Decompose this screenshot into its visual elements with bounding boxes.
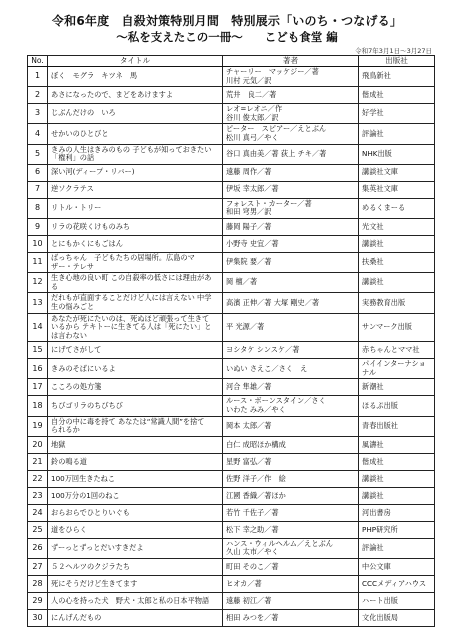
book-author-line: 若竹 千佐子／著 bbox=[226, 509, 355, 518]
book-author: 相田 みつを／著 bbox=[223, 610, 359, 627]
row-number: 13 bbox=[28, 293, 48, 313]
book-title: とにもかくにもごはん bbox=[48, 235, 223, 252]
book-author-line: 町田 そのこ／著 bbox=[226, 563, 355, 572]
table-row: 28死にそうだけど生きてますヒオカ／著CCCメディアハウス bbox=[28, 576, 435, 593]
table-row: 19自分の中に毒を持て あなたは“常識人間”を捨てられるか岡本 太郎／著青春出版… bbox=[28, 416, 435, 436]
book-title-line: 深い河(ディープ・リバー) bbox=[51, 168, 219, 177]
book-title: じぶんだけの いろ bbox=[48, 104, 223, 124]
book-title-line: こころの処方箋 bbox=[51, 383, 219, 392]
book-publisher: ほるぷ出版 bbox=[359, 396, 435, 416]
book-publisher: 赤ちゃんとママ社 bbox=[359, 342, 435, 359]
book-publisher: 飛鳥新社 bbox=[359, 67, 435, 87]
book-title-line: 100万分の1回のねこ bbox=[51, 492, 219, 501]
row-number: 2 bbox=[28, 87, 48, 104]
book-author-line: 川村 元気／訳 bbox=[226, 77, 355, 86]
book-title: にんげんだもの bbox=[48, 610, 223, 627]
row-number: 21 bbox=[28, 453, 48, 470]
row-number: 16 bbox=[28, 359, 48, 379]
book-title-line: にんげんだもの bbox=[51, 614, 219, 623]
row-number: 15 bbox=[28, 342, 48, 359]
book-author: ヨシタケ シンスケ／著 bbox=[223, 342, 359, 359]
row-number: 10 bbox=[28, 235, 48, 252]
book-title: にげてさがして bbox=[48, 342, 223, 359]
book-publisher: CCCメディアハウス bbox=[359, 576, 435, 593]
book-author-line: 小野寺 史宜／著 bbox=[226, 240, 355, 249]
book-author: 佐野 洋子／作 絵 bbox=[223, 470, 359, 487]
row-number: 28 bbox=[28, 576, 48, 593]
row-number: 6 bbox=[28, 164, 48, 181]
book-author-line: 谷川 俊太郎／訳 bbox=[226, 114, 355, 123]
book-author: チャーリー マッケジー／著川村 元気／訳 bbox=[223, 67, 359, 87]
book-title-line: ５２ヘルツのクジラたち bbox=[51, 563, 219, 572]
book-author-line: 伊集院 要／著 bbox=[226, 258, 355, 267]
subtitle-text: ～私を支えたこの一冊～ bbox=[116, 30, 243, 44]
book-title-line: ずーっとずっとだいすきだよ bbox=[51, 544, 219, 553]
table-row: 2あさになったので、まどをあけますよ荒井 良二／著偕成社 bbox=[28, 87, 435, 104]
book-title: あさになったので、まどをあけますよ bbox=[48, 87, 223, 104]
table-row: 24おらおらでひとりいぐも若竹 千佐子／著河出書房 bbox=[28, 504, 435, 521]
table-row: 4せかいのひとびとピーター スピアー／えとぶん松川 真弓／やく評論社 bbox=[28, 124, 435, 144]
table-body: 1ぼく モグラ キツネ 馬チャーリー マッケジー／著川村 元気／訳飛鳥新社2あさ… bbox=[28, 67, 435, 627]
table-row: 7逆ソクラテス伊坂 幸太郎／著集英社文庫 bbox=[28, 181, 435, 198]
column-header-publisher: 出版社 bbox=[359, 56, 435, 67]
book-publisher: 講談社 bbox=[359, 273, 435, 293]
book-author-line: 遠藤 周作／著 bbox=[226, 168, 355, 177]
book-author: 藤岡 陽子／著 bbox=[223, 218, 359, 235]
editor-text: こども食堂 編 bbox=[265, 30, 338, 44]
book-author: 星野 富弘／著 bbox=[223, 453, 359, 470]
book-title-line: じぶんだけの いろ bbox=[51, 109, 219, 118]
table-row: 5きみの人生はきみのもの 子どもが知っておきたい「権利」の話谷口 真由美／著 荻… bbox=[28, 144, 435, 164]
book-publisher: 文化出版局 bbox=[359, 610, 435, 627]
row-number: 1 bbox=[28, 67, 48, 87]
row-number: 20 bbox=[28, 436, 48, 453]
book-title-line: きみのそばにいるよ bbox=[51, 365, 219, 374]
row-number: 27 bbox=[28, 559, 48, 576]
book-title-line: 人の心を持った犬 野犬・太郎と私の日本平物語 bbox=[51, 597, 219, 606]
book-title-line: 地獄 bbox=[51, 441, 219, 450]
table-row: 14あなたが死にたいのは、死ぬほど頑張って生きているから テキトーに生きてる人は… bbox=[28, 313, 435, 342]
book-title: 生き心地の良い町 この自殺率の低さには理由がある bbox=[48, 273, 223, 293]
book-author: 松下 幸之助／著 bbox=[223, 521, 359, 538]
table-row: 22100万回生きたねこ佐野 洋子／作 絵講談社 bbox=[28, 470, 435, 487]
book-title-line: 鈴の鳴る道 bbox=[51, 458, 219, 467]
book-author-line: ヨシタケ シンスケ／著 bbox=[226, 346, 355, 355]
book-publisher: 講談社 bbox=[359, 487, 435, 504]
book-author-line: 谷口 真由美／著 荻上 チキ／著 bbox=[226, 150, 355, 159]
book-publisher: 中公文庫 bbox=[359, 559, 435, 576]
table-row: 23100万分の1回のねこ江國 香織／著ほか講談社 bbox=[28, 487, 435, 504]
book-author: ルース・ボーンスタイン／さくいわた みみ／やく bbox=[223, 396, 359, 416]
book-title-line: リラの花咲くけものみち bbox=[51, 223, 219, 232]
book-author: 遠藤 初江／著 bbox=[223, 593, 359, 610]
row-number: 12 bbox=[28, 273, 48, 293]
book-author: 白仁 成昭ほか構成 bbox=[223, 436, 359, 453]
book-author: 岡本 太郎／著 bbox=[223, 416, 359, 436]
table-row: 20地獄白仁 成昭ほか構成風濤社 bbox=[28, 436, 435, 453]
book-title: 人の心を持った犬 野犬・太郎と私の日本平物語 bbox=[48, 593, 223, 610]
book-title: 100万回生きたねこ bbox=[48, 470, 223, 487]
book-title: 自分の中に毒を持て あなたは“常識人間”を捨てられるか bbox=[48, 416, 223, 436]
book-title: 鈴の鳴る道 bbox=[48, 453, 223, 470]
page-subtitle: ～私を支えたこの一冊～こども食堂 編 bbox=[0, 29, 454, 45]
book-title-line: せかいのひとびと bbox=[51, 130, 219, 139]
book-title: おらおらでひとりいぐも bbox=[48, 504, 223, 521]
book-author-line: 江國 香織／著ほか bbox=[226, 492, 355, 501]
table-row: 6深い河(ディープ・リバー)遠藤 周作／著講談社文庫 bbox=[28, 164, 435, 181]
date-range: 令和7年3月1日～3月27日 bbox=[355, 46, 432, 55]
book-author-line: 岡 檀／著 bbox=[226, 278, 355, 287]
book-title-line: 「権利」の話 bbox=[51, 154, 219, 163]
row-number: 3 bbox=[28, 104, 48, 124]
table-row: 11ばっちゃん 子どもたちの居場所。広島のマザー・テレサ伊集院 要／著扶桑社 bbox=[28, 252, 435, 272]
table-row: 18ちびゴリラのちびちびルース・ボーンスタイン／さくいわた みみ／やくほるぷ出版 bbox=[28, 396, 435, 416]
book-author-line: 松下 幸之助／著 bbox=[226, 526, 355, 535]
row-number: 7 bbox=[28, 181, 48, 198]
book-title-line: 生の悩みごと bbox=[51, 303, 219, 312]
book-publisher: 好学社 bbox=[359, 104, 435, 124]
book-author: 町田 そのこ／著 bbox=[223, 559, 359, 576]
book-publisher: 評論社 bbox=[359, 538, 435, 558]
book-title-line: ちびゴリラのちびちび bbox=[51, 402, 219, 411]
book-author: 谷口 真由美／著 荻上 チキ／著 bbox=[223, 144, 359, 164]
row-number: 23 bbox=[28, 487, 48, 504]
row-number: 22 bbox=[28, 470, 48, 487]
row-number: 18 bbox=[28, 396, 48, 416]
book-publisher: 河出書房 bbox=[359, 504, 435, 521]
book-title: 深い河(ディープ・リバー) bbox=[48, 164, 223, 181]
table-row: 15にげてさがしてヨシタケ シンスケ／著赤ちゃんとママ社 bbox=[28, 342, 435, 359]
table-row: 8リトル・トリーフォレスト・カーター／著和田 穹男／訳めるくまーる bbox=[28, 198, 435, 218]
book-title-line: にげてさがして bbox=[51, 346, 219, 355]
book-author: 岡 檀／著 bbox=[223, 273, 359, 293]
book-author: 伊坂 幸太郎／著 bbox=[223, 181, 359, 198]
book-author-line: 平 光源／著 bbox=[226, 323, 355, 332]
book-publisher: NHK出版 bbox=[359, 144, 435, 164]
book-publisher: 講談社 bbox=[359, 235, 435, 252]
book-author-line: 久山 太市／やく bbox=[226, 548, 355, 557]
book-title: せかいのひとびと bbox=[48, 124, 223, 144]
book-title: 100万分の1回のねこ bbox=[48, 487, 223, 504]
book-title: 逆ソクラテス bbox=[48, 181, 223, 198]
book-publisher: 集英社文庫 bbox=[359, 181, 435, 198]
book-publisher: 新潮社 bbox=[359, 379, 435, 396]
book-title-line: リトル・トリー bbox=[51, 204, 219, 213]
book-title-line: あさになったので、まどをあけますよ bbox=[51, 91, 219, 100]
book-author: 荒井 良二／著 bbox=[223, 87, 359, 104]
book-author-line: 高濱 正伸／著 大塚 剛史／著 bbox=[226, 299, 355, 308]
row-number: 9 bbox=[28, 218, 48, 235]
book-title-line: ぼく モグラ キツネ 馬 bbox=[51, 72, 219, 81]
book-author: レオ=レオニ／作谷川 俊太郎／訳 bbox=[223, 104, 359, 124]
table-row: 29人の心を持った犬 野犬・太郎と私の日本平物語遠藤 初江／著ハート出版 bbox=[28, 593, 435, 610]
book-publisher: 偕成社 bbox=[359, 453, 435, 470]
book-title-line: る bbox=[51, 283, 219, 292]
book-author: 若竹 千佐子／著 bbox=[223, 504, 359, 521]
row-number: 30 bbox=[28, 610, 48, 627]
book-publisher: ハート出版 bbox=[359, 593, 435, 610]
book-title: ちびゴリラのちびちび bbox=[48, 396, 223, 416]
row-number: 14 bbox=[28, 313, 48, 342]
book-author-line: 松川 真弓／やく bbox=[226, 134, 355, 143]
row-number: 8 bbox=[28, 198, 48, 218]
row-number: 17 bbox=[28, 379, 48, 396]
book-list-table: No. タイトル 著者 出版社 1ぼく モグラ キツネ 馬チャーリー マッケジー… bbox=[27, 55, 435, 627]
book-author-line: 藤岡 陽子／著 bbox=[226, 223, 355, 232]
book-title: リトル・トリー bbox=[48, 198, 223, 218]
book-title-line: ザー・テレサ bbox=[51, 263, 219, 272]
book-author-line: いぬい さえこ／さく え bbox=[226, 365, 355, 374]
table-row: 21鈴の鳴る道星野 富弘／著偕成社 bbox=[28, 453, 435, 470]
table-header-row: No. タイトル 著者 出版社 bbox=[28, 56, 435, 67]
book-author: フォレスト・カーター／著和田 穹男／訳 bbox=[223, 198, 359, 218]
book-author-line: 伊坂 幸太郎／著 bbox=[226, 185, 355, 194]
book-author: 平 光源／著 bbox=[223, 313, 359, 342]
book-title: ５２ヘルツのクジラたち bbox=[48, 559, 223, 576]
book-title: ずーっとずっとだいすきだよ bbox=[48, 538, 223, 558]
book-title: こころの処方箋 bbox=[48, 379, 223, 396]
book-title-line: おらおらでひとりいぐも bbox=[51, 509, 219, 518]
book-title-line: は言わない bbox=[51, 332, 219, 341]
book-title-line: 死にそうだけど生きてます bbox=[51, 580, 219, 589]
row-number: 25 bbox=[28, 521, 48, 538]
book-author-line: 和田 穹男／訳 bbox=[226, 208, 355, 217]
book-publisher: PHP研究所 bbox=[359, 521, 435, 538]
table-row: 17こころの処方箋河合 隼雄／著新潮社 bbox=[28, 379, 435, 396]
book-author: 伊集院 要／著 bbox=[223, 252, 359, 272]
book-title-line: 逆ソクラテス bbox=[51, 185, 219, 194]
table-row: 13だれもが直面することだけど人には言えない 中学生の悩みごと高濱 正伸／著 大… bbox=[28, 293, 435, 313]
column-header-title: タイトル bbox=[48, 56, 223, 67]
book-author-line: 白仁 成昭ほか構成 bbox=[226, 441, 355, 450]
book-author-line: ヒオカ／著 bbox=[226, 580, 355, 589]
book-author: 小野寺 史宜／著 bbox=[223, 235, 359, 252]
row-number: 4 bbox=[28, 124, 48, 144]
row-number: 24 bbox=[28, 504, 48, 521]
book-publisher: 講談社 bbox=[359, 470, 435, 487]
table-row: 30にんげんだもの相田 みつを／著文化出版局 bbox=[28, 610, 435, 627]
book-publisher: サンマーク出版 bbox=[359, 313, 435, 342]
book-title-line: 100万回生きたねこ bbox=[51, 475, 219, 484]
table-row: 25道をひらく松下 幸之助／著PHP研究所 bbox=[28, 521, 435, 538]
book-publisher: 講談社文庫 bbox=[359, 164, 435, 181]
table-row: 1ぼく モグラ キツネ 馬チャーリー マッケジー／著川村 元気／訳飛鳥新社 bbox=[28, 67, 435, 87]
book-title: きみの人生はきみのもの 子どもが知っておきたい「権利」の話 bbox=[48, 144, 223, 164]
book-title: 地獄 bbox=[48, 436, 223, 453]
book-title: 道をひらく bbox=[48, 521, 223, 538]
book-author: ヒオカ／著 bbox=[223, 576, 359, 593]
book-author-line: 岡本 太郎／著 bbox=[226, 422, 355, 431]
table-row: 27５２ヘルツのクジラたち町田 そのこ／著中公文庫 bbox=[28, 559, 435, 576]
book-author: ピーター スピアー／えとぶん松川 真弓／やく bbox=[223, 124, 359, 144]
book-author-line: 荒井 良二／著 bbox=[226, 91, 355, 100]
book-author: 高濱 正伸／著 大塚 剛史／著 bbox=[223, 293, 359, 313]
page-title: 令和6年度 自殺対策特別月間 特別展示「いのち・つなげる」 bbox=[0, 12, 454, 29]
book-publisher: 評論社 bbox=[359, 124, 435, 144]
book-author-line: 星野 富弘／著 bbox=[226, 458, 355, 467]
book-author: いぬい さえこ／さく え bbox=[223, 359, 359, 379]
book-author-line: いわた みみ／やく bbox=[226, 406, 355, 415]
book-title: あなたが死にたいのは、死ぬほど頑張って生きているから テキトーに生きてる人は「死… bbox=[48, 313, 223, 342]
column-header-no: No. bbox=[28, 56, 48, 67]
book-author-line: 相田 みつを／著 bbox=[226, 614, 355, 623]
book-title: きみのそばにいるよ bbox=[48, 359, 223, 379]
table-row: 16きみのそばにいるよいぬい さえこ／さく えパイインターナショナル bbox=[28, 359, 435, 379]
book-author: 遠藤 周作／著 bbox=[223, 164, 359, 181]
book-publisher: めるくまーる bbox=[359, 198, 435, 218]
book-title: ぼく モグラ キツネ 馬 bbox=[48, 67, 223, 87]
book-publisher: 偕成社 bbox=[359, 87, 435, 104]
table-row: 3じぶんだけの いろレオ=レオニ／作谷川 俊太郎／訳好学社 bbox=[28, 104, 435, 124]
book-publisher: 風濤社 bbox=[359, 436, 435, 453]
row-number: 11 bbox=[28, 252, 48, 272]
table-row: 26ずーっとずっとだいすきだよハンス・ウィルヘルム／えとぶん久山 太市／やく評論… bbox=[28, 538, 435, 558]
book-author-line: 河合 隼雄／著 bbox=[226, 383, 355, 392]
book-author-line: 遠藤 初江／著 bbox=[226, 597, 355, 606]
book-title: リラの花咲くけものみち bbox=[48, 218, 223, 235]
row-number: 26 bbox=[28, 538, 48, 558]
book-title: ばっちゃん 子どもたちの居場所。広島のマザー・テレサ bbox=[48, 252, 223, 272]
table-row: 12生き心地の良い町 この自殺率の低さには理由がある岡 檀／著講談社 bbox=[28, 273, 435, 293]
book-title: 死にそうだけど生きてます bbox=[48, 576, 223, 593]
table-row: 10とにもかくにもごはん小野寺 史宜／著講談社 bbox=[28, 235, 435, 252]
book-publisher: 実務教育出版 bbox=[359, 293, 435, 313]
book-author: 河合 隼雄／著 bbox=[223, 379, 359, 396]
book-publisher: 光文社 bbox=[359, 218, 435, 235]
book-publisher: 扶桑社 bbox=[359, 252, 435, 272]
table-row: 9リラの花咲くけものみち藤岡 陽子／著光文社 bbox=[28, 218, 435, 235]
book-title-line: とにもかくにもごはん bbox=[51, 240, 219, 249]
book-author: ハンス・ウィルヘルム／えとぶん久山 太市／やく bbox=[223, 538, 359, 558]
row-number: 5 bbox=[28, 144, 48, 164]
book-publisher: パイインターナショナル bbox=[359, 359, 435, 379]
book-author-line: 佐野 洋子／作 絵 bbox=[226, 475, 355, 484]
row-number: 19 bbox=[28, 416, 48, 436]
book-title: だれもが直面することだけど人には言えない 中学生の悩みごと bbox=[48, 293, 223, 313]
row-number: 29 bbox=[28, 593, 48, 610]
book-title-line: 生き心地の良い町 この自殺率の低さには理由があ bbox=[51, 274, 219, 283]
book-title-line: られるか bbox=[51, 426, 219, 435]
column-header-author: 著者 bbox=[223, 56, 359, 67]
book-publisher: 青春出版社 bbox=[359, 416, 435, 436]
book-author: 江國 香織／著ほか bbox=[223, 487, 359, 504]
book-title-line: 道をひらく bbox=[51, 526, 219, 535]
